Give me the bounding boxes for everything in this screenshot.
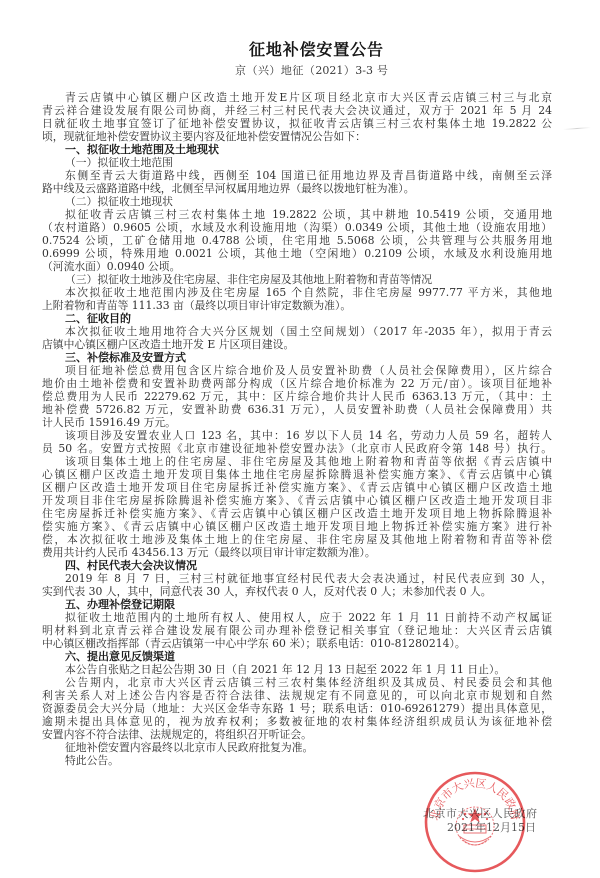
text-line: 计人民币 15916.49 万元。	[42, 416, 552, 429]
intro-paragraph: 青云店镇中心镇区棚户区改造土地开发E片区项目经北京市大兴区青云店镇三村三与北京 …	[42, 91, 552, 143]
text-line: 偿总费用为人民币 22279.62 万元，其中：区片综合地价共计人民币 6363…	[42, 390, 552, 403]
text-line: 逾期未提出具体意见的，视为放弃权利；多数被征地的农村集体经济组织成员认为该征地补…	[42, 715, 552, 728]
section-compensation: 三、补偿标准及安置方式 项目征地补偿总费用包含区片综合地价及人员安置补助费（人员…	[42, 351, 552, 559]
text-line: 拟征收青云店镇三村三农村集体土地 19.2822 公顷，其中耕地 10.5419…	[42, 208, 552, 221]
text-line: 安置内容不符合法律、法规规定的，将组织召开听证会。	[42, 728, 552, 741]
text-line: （农村道路）0.9605 公顷，水域及水利设施用地（沟渠）0.0349 公顷，其…	[42, 221, 552, 234]
text-line: 项目征地补偿总费用包含区片综合地价及人员安置补助费（人员社会保障费用），区片综合	[42, 364, 552, 377]
document-page: 征地补偿安置公告 京（兴）地征（2021）3-3 号 青云店镇中心镇区棚户区改造…	[0, 0, 600, 878]
section-heading: 六、提出意见反馈渠道	[42, 650, 552, 663]
text-line: 青云祥合建设发展有限公司协商，并经三村三村民代表大会决议通过，双方于 2021 …	[42, 104, 552, 117]
text-line: 征地补偿安置内容最终以北京市人民政府批复为准。	[42, 741, 552, 754]
text-line: 本公告自张贴之日起公告期 30 日（自 2021 年 12 月 13 日起至 2…	[42, 663, 552, 676]
subsection-heading: （三）拟征收土地涉及住宅房屋、非住宅房屋及其他地上附着物和青苗等情况	[42, 273, 552, 286]
text-line: 区棚户区改造土地开发项目住宅房屋拆迁补偿实施方案》、《青云店镇中心镇区棚户区改造…	[42, 481, 552, 494]
paragraph: 本次拟征收土地用地符合大兴分区规划（国土空间规划）（2017 年-2035 年）…	[42, 325, 552, 351]
paragraph: 征地补偿安置内容最终以北京市人民政府批复为准。	[42, 741, 552, 754]
section-registration-deadline: 五、办理补偿登记期限 拟征收土地范围内的土地所有权人、使用权人，应于 2022 …	[42, 598, 552, 650]
section-heading: 一、拟征收土地范围及土地现状	[42, 143, 552, 156]
text-line: 路中线及云盛路道路中线，北侧至旱河权属用地边界（最终以拨地钉桩为准）。	[42, 182, 552, 195]
paragraph: 该项目集体土地上的住宅房屋、非住宅房屋及其他地上附着物和青苗等依据《青云店镇中 …	[42, 455, 552, 559]
document-title: 征地补偿安置公告	[249, 40, 383, 60]
text-line: 青云店镇中心镇区棚户区改造土地开发E片区项目经北京市大兴区青云店镇三村三与北京	[42, 91, 552, 104]
section-heading: 四、村民代表大会决议情况	[42, 559, 552, 572]
national-emblem-icon	[456, 807, 494, 845]
subsection-heading: （二）拟征收土地现状	[42, 195, 552, 208]
section-heading: 五、办理补偿登记期限	[42, 598, 552, 611]
text-line: 0.6999 公顷，特殊用地 0.0021 公顷，其他土地（空闲地）0.2109…	[42, 247, 552, 260]
text-line: 地补偿费 5726.82 万元，安置补助费 636.31 万元），人员安置补助费…	[42, 403, 552, 416]
text-line: 店镇中心镇区棚户区改造土地开发 E 片区项目建设。	[42, 338, 552, 351]
text-line: 住宅房屋拆迁补偿实施方案》、《青云店镇中心镇区棚户区改造土地开发项目地上物拆除腾…	[42, 507, 552, 520]
text-line: 0.7524 公顷，工矿仓储用地 0.4788 公顷，住宅用地 5.5068 公…	[42, 234, 552, 247]
text-line: 东侧至青云大街道路中线，西侧至 104 国道已征用地边界及青昌街道路中线，南侧至…	[42, 169, 552, 182]
official-seal-icon: 北京市大兴区人民政府	[423, 770, 527, 874]
section-feedback-channel: 六、提出意见反馈渠道 本公告自张贴之日起公告期 30 日（自 2021 年 12…	[42, 650, 552, 767]
text-line: （河流水面）0.0940 公顷。	[42, 260, 552, 273]
closing-line: 特此公告。	[42, 754, 552, 767]
paragraph: 特此公告。	[42, 754, 552, 767]
paragraph: 本公告自张贴之日起公告期 30 日（自 2021 年 12 月 13 日起至 2…	[42, 663, 552, 676]
section-heading: 二、征收目的	[42, 312, 552, 325]
document-number: 京（兴）地征（2021）3-3 号	[235, 64, 388, 78]
text-line: 资源委员会大兴分局（地址：大兴区金华寺东路 1 号；联系电话：010-69261…	[42, 702, 552, 715]
section-villager-resolution: 四、村民代表大会决议情况 2019 年 8 月 7 日，三村三村就征地事宜经村民…	[42, 559, 552, 598]
section-purpose: 二、征收目的 本次拟征收土地用地符合大兴分区规划（国土空间规划）（2017 年-…	[42, 312, 552, 351]
paragraph: 项目征地补偿总费用包含区片综合地价及人员安置补助费（人员社会保障费用），区片综合…	[42, 364, 552, 429]
text-line: 开发项目非住宅房屋拆除腾退补偿实施方案》、《青云店镇中心镇区棚户区改造土地开发项…	[42, 494, 552, 507]
text-line: 顷，现就征地补偿安置协议主要内容及征地补偿安置情况公告如下：	[42, 130, 552, 143]
subsection-heading: （一）拟征收土地范围	[42, 156, 552, 169]
text-line: 利害关系人对上述公告内容是否符合法律、法规规定有不同意见的，可以向北京市规划和自…	[42, 689, 552, 702]
section-heading: 三、补偿标准及安置方式	[42, 351, 552, 364]
text-line: 本次拟征收土地用地符合大兴分区规划（国土空间规划）（2017 年-2035 年）…	[42, 325, 552, 338]
text-line: 实到代表 30 人，其中，同意代表 30 人，弃权代表 0 人，反对代表 0 人…	[42, 585, 552, 598]
paragraph: 公告期内，北京市大兴区青云店镇三村三农村集体经济组织及其成员、村民委员会和其他 …	[42, 676, 552, 741]
text-line: 偿，本次拟征收土地涉及集体土地上的住宅房屋、非住宅房屋及其他地上附着物和青苗等补…	[42, 533, 552, 546]
text-line: 中心镇区棚改指挥部（青云店镇第一中心中学东 60 米）；联系电话：010-812…	[42, 637, 552, 650]
text-line: 偿实施方案》、《青云店镇中心镇区棚户区改造土地开发项目地上物拆迁补偿实施方案》进…	[42, 520, 552, 533]
text-line: 上附着物和青苗等 111.33 亩（最终以项目审计审定数额为准）。	[42, 299, 552, 312]
text-line: 2019 年 8 月 7 日，三村三村就征地事宜经村民代表大会表决通过，村民代表…	[42, 572, 552, 585]
text-line: 该项目集体土地上的住宅房屋、非住宅房屋及其他地上附着物和青苗等依据《青云店镇中	[42, 455, 552, 468]
paragraph: 2019 年 8 月 7 日，三村三村就征地事宜经村民代表大会表决通过，村民代表…	[42, 572, 552, 598]
paragraph: 本次拟征收土地范围内涉及住宅房屋 165 个自然院，非住宅房屋 9977.77 …	[42, 286, 552, 312]
section-land-scope: 一、拟征收土地范围及土地现状 （一）拟征收土地范围 东侧至青云大街道路中线，西侧…	[42, 143, 552, 312]
document-body: 青云店镇中心镇区棚户区改造土地开发E片区项目经北京市大兴区青云店镇三村三与北京 …	[42, 91, 552, 767]
text-line: 公告期内，北京市大兴区青云店镇三村三农村集体经济组织及其成员、村民委员会和其他	[42, 676, 552, 689]
text-line: 明材料到北京青云祥合建设发展有限公司办理补偿登记相关事宜（登记地址：大兴区青云店…	[42, 624, 552, 637]
text-line: 费用共计约人民币 43456.13 万元（最终以项目审计审定数额为准）。	[42, 546, 552, 559]
text-line: 该项目涉及安置农业人口 123 名，其中：16 岁以下人员 14 名，劳动力人员…	[42, 429, 552, 442]
paragraph: 该项目涉及安置农业人口 123 名，其中：16 岁以下人员 14 名，劳动力人员…	[42, 429, 552, 455]
text-line: 日就征收土地事宜签订了征地补偿安置协议，拟征收青云店镇三村三农村集体土地 19.…	[42, 117, 552, 130]
text-line: 本次拟征收土地范围内涉及住宅房屋 165 个自然院，非住宅房屋 9977.77 …	[42, 286, 552, 299]
paragraph: 东侧至青云大街道路中线，西侧至 104 国道已征用地边界及青昌街道路中线，南侧至…	[42, 169, 552, 195]
text-line: 员 50 名。安置方式按照《北京市建设征地补偿安置办法》（北京市人民政府令第 1…	[42, 442, 552, 455]
paragraph: 拟征收青云店镇三村三农村集体土地 19.2822 公顷，其中耕地 10.5419…	[42, 208, 552, 273]
text-line: 拟征收土地范围内的土地所有权人、使用权人，应于 2022 年 1 月 11 日前…	[42, 611, 552, 624]
text-line: 心镇区棚户区改造土地开发项目集体土地住宅房屋拆除腾退补偿实施方案》、《青云店镇中…	[42, 468, 552, 481]
scan-artifact	[563, 127, 591, 130]
paragraph: 拟征收土地范围内的土地所有权人、使用权人，应于 2022 年 1 月 11 日前…	[42, 611, 552, 650]
text-line: 地价由土地补偿费和安置补助费两部分构成（区片综合地价标准为 22 万元/亩）。该…	[42, 377, 552, 390]
